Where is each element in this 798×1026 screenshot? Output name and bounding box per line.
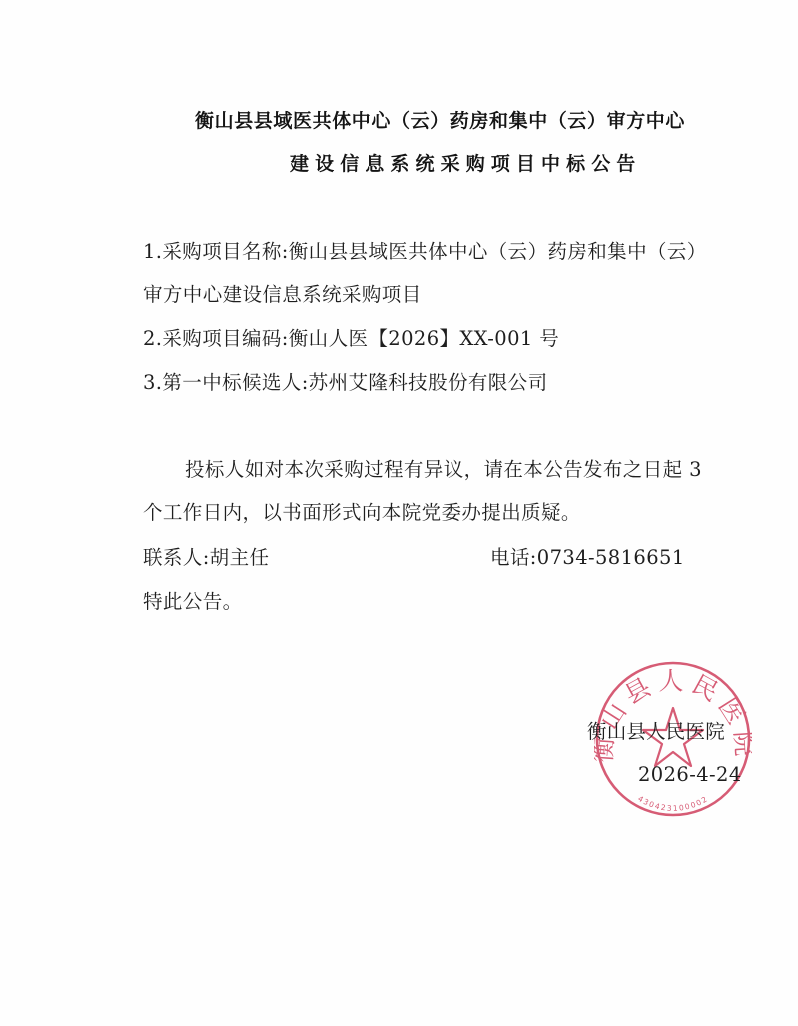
closing-statement: 特此公告。 <box>143 589 243 615</box>
objection-paragraph-line-2: 个工作日内，以书面形式向本院党委办提出质疑。 <box>143 500 581 526</box>
contact-person: 联系人:胡主任 <box>143 545 269 571</box>
item-winning-candidate: 3.第一中标候选人:苏州艾隆科技股份有限公司 <box>143 370 547 396</box>
document-page: 衡山县人民医院 430423100002 衡山县县域医共体中心（云）药房和集中（… <box>0 0 798 1026</box>
seal-code-text: 430423100002 <box>636 794 710 813</box>
signing-organization: 衡山县人民医院 <box>587 719 725 745</box>
document-title-line-1: 衡山县县域医共体中心（云）药房和集中（云）审方中心 <box>195 109 685 133</box>
signing-date: 2026-4-24 <box>638 762 742 788</box>
document-title-line-2: 建设信息系统采购项目中标公告 <box>290 152 641 176</box>
item-project-code: 2.采购项目编码:衡山人医【2026】XX-001 号 <box>143 326 559 352</box>
item-project-name-continued: 审方中心建设信息系统采购项目 <box>143 282 422 308</box>
contact-phone: 电话:0734-5816651 <box>490 545 685 571</box>
objection-paragraph-line-1: 投标人如对本次采购过程有异议，请在本公告发布之日起 3 <box>185 457 702 483</box>
item-project-name: 1.采购项目名称:衡山县县域医共体中心（云）药房和集中（云） <box>143 239 707 265</box>
seal-ring-text: 衡山县人民医院 <box>594 666 752 763</box>
